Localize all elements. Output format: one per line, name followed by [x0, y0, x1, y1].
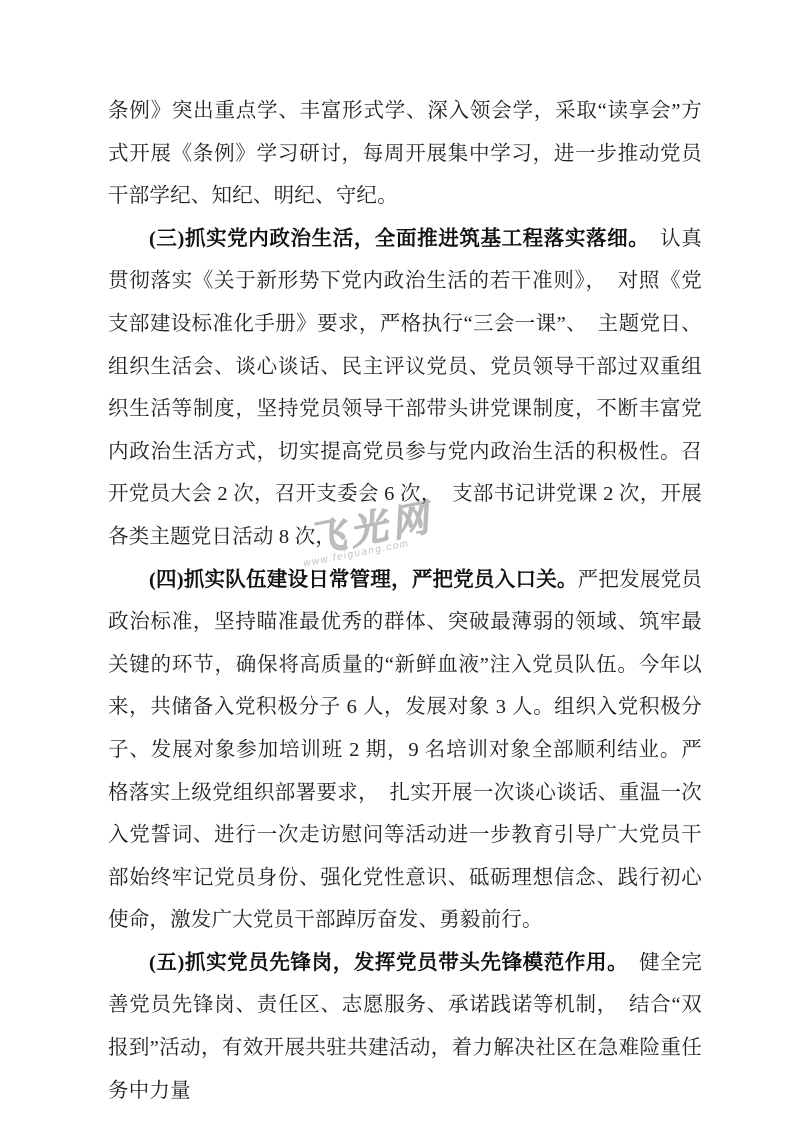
paragraph: 条例》突出重点学、丰富形式学、深入领会学，采取“读享会”方式开展《条例》学习研讨…	[108, 90, 702, 218]
text-run: 健全完善党员先锋岗、责任区、志愿服务、承诺践诺等机制， 结合“双报到”活动，有效…	[108, 952, 702, 1102]
text-run: 严把发展党员政治标准，坚持瞄准最优秀的群体、突破最薄弱的领域、筑牢最关键的环节，…	[108, 569, 702, 932]
paragraph: (五)抓实党员先锋岗，发挥党员带头先锋模范作用。 健全完善党员先锋岗、责任区、志…	[108, 942, 702, 1112]
heading-run: (三)抓实党内政治生活，全面推进筑基工程落实落细。	[149, 228, 639, 250]
heading-run: (五)抓实党员先锋岗，发挥党员带头先锋模范作用。	[149, 952, 618, 974]
heading-run: (四)抓实队伍建设日常管理，严把党员入口关。	[149, 569, 578, 591]
document-page: 条例》突出重点学、丰富形式学、深入领会学，采取“读享会”方式开展《条例》学习研讨…	[0, 0, 793, 1122]
paragraph: (四)抓实队伍建设日常管理，严把党员入口关。严把发展党员政治标准，坚持瞄准最优秀…	[108, 559, 702, 942]
paragraph: (三)抓实党内政治生活，全面推进筑基工程落实落细。 认真贯彻落实《关于新形势下党…	[108, 218, 702, 559]
document-body: 条例》突出重点学、丰富形式学、深入领会学，采取“读享会”方式开展《条例》学习研讨…	[108, 90, 702, 1112]
text-run: 条例》突出重点学、丰富形式学、深入领会学，采取“读享会”方式开展《条例》学习研讨…	[108, 100, 702, 207]
text-run: 认真贯彻落实《关于新形势下党内政治生活的若干准则》， 对照《党支部建设标准化手册…	[108, 228, 702, 548]
